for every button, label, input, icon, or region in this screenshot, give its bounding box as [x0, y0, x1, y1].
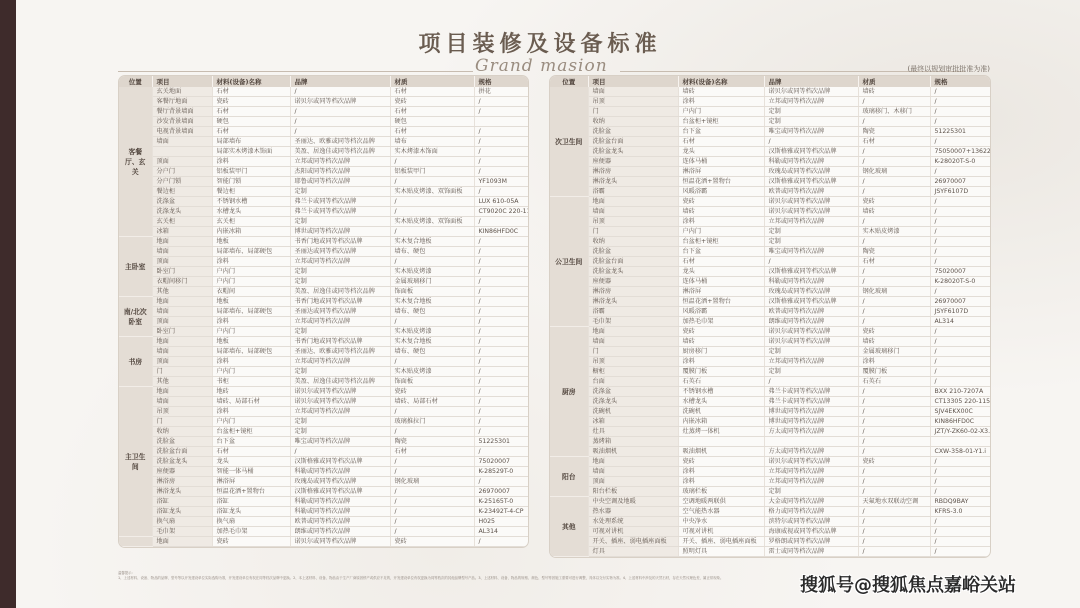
- table-cell: 卧室门: [152, 267, 212, 277]
- table-cell: /: [390, 227, 474, 237]
- table-row: 门户内门定制实木贴皮烤漆/: [550, 227, 991, 237]
- table-cell: 立邦或同等档次品牌: [290, 317, 390, 327]
- table-cell: 墙砖: [858, 207, 930, 217]
- table-cell: 涂料: [678, 357, 764, 367]
- table-cell: 陶瓷: [858, 247, 930, 257]
- table-cell: 雷士或同等档次品牌: [764, 547, 858, 557]
- column-header: 项目: [152, 76, 212, 87]
- table-cell: 硬包: [390, 117, 474, 127]
- table-row: 门户内门定制玻璃移门、木移门/: [550, 107, 991, 117]
- table-cell: KFRS-3.0: [930, 507, 991, 517]
- table-row: 吊顶涂料立邦或同等档次品牌//: [119, 407, 529, 417]
- table-cell: 卧室门: [152, 327, 212, 337]
- table-cell: 石材: [678, 257, 764, 267]
- table-cell: 地面: [588, 457, 678, 467]
- table-cell: 户内门: [678, 227, 764, 237]
- table-cell: /: [390, 497, 474, 507]
- table-row: 热水器空气能热水器格力或同等档次品牌/KFRS-3.0: [550, 507, 991, 517]
- table-cell: 书柜: [212, 377, 290, 387]
- table-cell: 石材: [858, 257, 930, 267]
- position-cell: 阳台: [550, 457, 588, 497]
- table-cell: 洗脸盆: [152, 437, 212, 447]
- table-cell: /: [930, 227, 991, 237]
- table-cell: 铝板装甲门: [390, 167, 474, 177]
- table-cell: 智能一体马桶: [212, 467, 290, 477]
- table-cell: 浴霸: [588, 187, 678, 197]
- table-cell: 饰面板: [390, 287, 474, 297]
- table-cell: 书香门地或同等档次品牌: [290, 297, 390, 307]
- table-cell: /: [390, 357, 474, 367]
- table-cell: 淋浴龙头: [152, 487, 212, 497]
- position-cell: 公卫生间: [550, 197, 588, 327]
- table-cell: /: [858, 217, 930, 227]
- table-row: 水处理系统中央净水滨特尔或同等档次品牌//: [550, 517, 991, 527]
- table-cell: KIN86HFD0C: [474, 227, 529, 237]
- table-cell: /: [858, 117, 930, 127]
- table-cell: 钢化玻璃: [390, 477, 474, 487]
- table-cell: 瓷砖: [858, 457, 930, 467]
- table-cell: /: [474, 297, 529, 307]
- table-cell: 定制: [290, 187, 390, 197]
- table-cell: 洗碗机: [588, 407, 678, 417]
- table-cell: /: [474, 447, 529, 457]
- table-cell: 水处理系统: [588, 517, 678, 527]
- table-row: 地面瓷砖诺贝尔或同等档次品牌瓷砖/: [119, 537, 529, 547]
- table-cell: /: [930, 237, 991, 247]
- table-cell: 可视对讲机: [678, 527, 764, 537]
- table-cell: 定制: [764, 487, 858, 497]
- table-row: 收纳台盆柜+镜柜定制//: [550, 117, 991, 127]
- right-spec-table: 位置项目材料(设备)名称品牌材质规格 次卫生间墙面墙砖诺贝尔或同等档次品牌墙砖/…: [549, 75, 991, 558]
- table-cell: 台下盆: [678, 127, 764, 137]
- table-cell: 玻璃移门、木移门: [858, 107, 930, 117]
- table-cell: /: [930, 107, 991, 117]
- table-row: 墙面涂料立邦或同等档次品牌//: [550, 467, 991, 477]
- table-row: 其他中央空调及地暖空调地暖两联供大金或同等档次品牌天氟地水双联动空调RBDQ9B…: [550, 497, 991, 507]
- table-row: 座便器智能一体马桶科勒或同等档次品牌/K-28529T-0: [119, 467, 529, 477]
- table-cell: 饰面板: [390, 377, 474, 387]
- table-cell: CT13305 220-1155: [930, 397, 991, 407]
- table-cell: 玄关柜: [212, 217, 290, 227]
- table-cell: 收纳: [152, 427, 212, 437]
- table-cell: 唯宝或同等档次品牌: [290, 437, 390, 447]
- table-cell: 风暖浴霸: [678, 187, 764, 197]
- table-cell: 台盆柜+镜柜: [212, 427, 290, 437]
- table-cell: /: [474, 377, 529, 387]
- table-cell: /: [858, 487, 930, 497]
- watermark: 搜狐号@搜狐焦点嘉峪关站: [800, 571, 1016, 597]
- table-cell: 其他: [152, 377, 212, 387]
- table-cell: 门: [152, 367, 212, 377]
- table-cell: 洗脸盆龙头: [588, 147, 678, 157]
- table-cell: 定制: [764, 117, 858, 127]
- table-cell: /: [930, 457, 991, 467]
- table-cell: K-23492T-4-CP: [474, 507, 529, 517]
- table-row: 南/北次卧室地面地板书香门地或同等档次品牌实木复合地板/: [119, 297, 529, 307]
- table-row: 可视对讲机可视对讲机海康威视或同等档次品牌//: [550, 527, 991, 537]
- table-cell: /: [930, 287, 991, 297]
- footnote-text: 1、上述材料、设备、物品的品牌、型号等以开发建设单位实际选购为准，开发建设单位有…: [118, 576, 818, 581]
- table-cell: 钢化玻璃: [858, 167, 930, 177]
- table-cell: 瓷砖: [212, 537, 290, 547]
- table-cell: [930, 437, 991, 447]
- table-cell: 定制: [290, 327, 390, 337]
- table-row: 墙面局部墙布、局部硬包圣丽达、欧雅或同等档次品牌墙布、硬包/: [119, 347, 529, 357]
- table-cell: 玫瑰岛或同等档次品牌: [290, 477, 390, 487]
- table-cell: 弗兰卡或同等档次品牌: [290, 207, 390, 217]
- table-cell: /: [930, 197, 991, 207]
- table-cell: K-28529T-0: [474, 467, 529, 477]
- table-cell: 立邦或同等档次品牌: [764, 97, 858, 107]
- table-row: 淋浴龙头恒温花洒+置物台汉斯格雅或同等档次品牌/26970007: [119, 487, 529, 497]
- table-cell: 汉斯格雅或同等档次品牌: [290, 457, 390, 467]
- table-cell: 陶瓷: [390, 437, 474, 447]
- table-cell: /: [390, 427, 474, 437]
- table-cell: 铝板装甲门: [212, 167, 290, 177]
- table-cell: 冰箱: [588, 417, 678, 427]
- table-row: 洗脸盆龙头龙头汉斯格雅或同等档次品牌/75020007: [550, 267, 991, 277]
- table-cell: 吸油烟机: [678, 447, 764, 457]
- table-cell: 定制: [764, 237, 858, 247]
- table-cell: 涂料: [858, 357, 930, 367]
- table-cell: 科勒或同等档次品牌: [764, 157, 858, 167]
- table-row: 厨房地面瓷砖诺贝尔或同等档次品牌瓷砖/: [550, 327, 991, 337]
- table-cell: /: [290, 117, 390, 127]
- table-cell: /: [930, 347, 991, 357]
- table-cell: 定制: [290, 417, 390, 427]
- table-cell: /: [858, 297, 930, 307]
- table-cell: 换气扇: [212, 517, 290, 527]
- table-cell: /: [930, 207, 991, 217]
- table-cell: /: [858, 437, 930, 447]
- table-cell: 滨特尔或同等档次品牌: [764, 517, 858, 527]
- table-cell: 博世或同等档次品牌: [764, 407, 858, 417]
- table-cell: 龙头: [212, 457, 290, 467]
- table-row: 门厨房移门定制金属玻璃移门/: [550, 347, 991, 357]
- table-cell: JSYF6107D: [930, 187, 991, 197]
- table-cell: 户内门: [212, 277, 290, 287]
- table-cell: /: [858, 147, 930, 157]
- table-cell: 诺贝尔或同等档次品牌: [764, 197, 858, 207]
- table-cell: 汉斯格雅或同等档次品牌: [764, 177, 858, 187]
- table-cell: /: [858, 427, 930, 437]
- table-cell: H025: [474, 517, 529, 527]
- table-cell: 不锈钢水槽: [678, 387, 764, 397]
- table-cell: 冰箱: [152, 227, 212, 237]
- table-cell: 淋浴屏: [678, 287, 764, 297]
- table-cell: 墙面: [152, 347, 212, 357]
- table-cell: 空气能热水器: [678, 507, 764, 517]
- table-cell: 耶鲁或同等档次品牌: [290, 177, 390, 187]
- table-cell: /: [858, 177, 930, 187]
- table-cell: 毛巾架: [588, 317, 678, 327]
- table-cell: 顶面: [152, 157, 212, 167]
- table-cell: /: [290, 107, 390, 117]
- table-cell: 玄关柜: [152, 217, 212, 227]
- table-cell: 墙面: [588, 87, 678, 97]
- table-cell: /: [474, 337, 529, 347]
- table-cell: /: [930, 247, 991, 257]
- table-cell: 实木贴皮烤漆: [858, 227, 930, 237]
- column-header: 材料(设备)名称: [678, 76, 764, 87]
- table-cell: CXW-358-01-Y1.i: [930, 447, 991, 457]
- table-cell: 实木复合地板: [390, 237, 474, 247]
- table-cell: 可视对讲机: [588, 527, 678, 537]
- table-cell: /: [858, 517, 930, 527]
- table-cell: 实木贴皮烤漆: [390, 267, 474, 277]
- table-row: 洗脸盆台面石材/石材/: [550, 257, 991, 267]
- table-cell: 石材: [390, 87, 474, 97]
- table-row: 洗涤盆不锈钢水槽弗兰卡或同等档次品牌/BXX 210-7207A: [550, 387, 991, 397]
- table-row: 衣帽间移门户内门定制金属玻璃移门/: [119, 277, 529, 287]
- table-cell: 台盆柜+镜柜: [678, 237, 764, 247]
- title-divider-left: [118, 71, 473, 72]
- table-cell: 定制: [290, 217, 390, 227]
- table-cell: 格力或同等档次品牌: [764, 507, 858, 517]
- table-cell: /: [764, 137, 858, 147]
- table-cell: 圣丽达或同等档次品牌: [290, 247, 390, 257]
- table-cell: 实木烤漆木饰面: [390, 147, 474, 157]
- table-cell: 开关、插座、弱电插座面板: [588, 537, 678, 547]
- table-cell: /: [930, 327, 991, 337]
- table-header: 位置项目材料(设备)名称品牌材质规格: [550, 76, 991, 87]
- table-cell: 26970007: [474, 487, 529, 497]
- table-cell: 门: [588, 347, 678, 357]
- table-cell: 墙砖: [678, 87, 764, 97]
- table-cell: 座便器: [152, 467, 212, 477]
- table-cell: 局部墙布、局部硬包: [212, 307, 290, 317]
- table-row: 换气扇换气扇欧普或同等档次品牌/H025: [119, 517, 529, 527]
- table-cell: 定制: [764, 227, 858, 237]
- table-cell: 地面: [152, 387, 212, 397]
- table-cell: /: [474, 127, 529, 137]
- table-cell: 墙砖、局部石材: [212, 397, 290, 407]
- table-cell: 实木复合地板: [390, 337, 474, 347]
- table-cell: [678, 437, 764, 447]
- table-cell: 客餐厅地面: [152, 97, 212, 107]
- table-cell: 吊顶: [588, 97, 678, 107]
- table-row: 玄关柜玄关柜定制实木贴皮烤漆、双饰面板/: [119, 217, 529, 227]
- table-cell: 51225301: [930, 127, 991, 137]
- table-cell: /: [858, 477, 930, 487]
- table-row: 墙面局部墙布、局部硬包圣丽达或同等档次品牌墙布、硬包/: [119, 247, 529, 257]
- table-row: 灯具照明灯具雷士或同等档次品牌//: [550, 547, 991, 557]
- table-cell: [152, 147, 212, 157]
- table-cell: 局部墙布、局部硬包: [212, 247, 290, 257]
- table-cell: 石英石: [858, 377, 930, 387]
- table-cell: /: [474, 187, 529, 197]
- table-cell: 墙面: [152, 247, 212, 257]
- table-cell: 吊顶: [588, 217, 678, 227]
- table-cell: 顶面: [152, 257, 212, 267]
- table-cell: 橱柜: [588, 367, 678, 377]
- table-cell: 淋浴龙头: [588, 177, 678, 187]
- table-cell: 墙面: [152, 307, 212, 317]
- table-cell: 书香门地或同等档次品牌: [290, 237, 390, 247]
- table-row: 主卧室地面地板书香门地或同等档次品牌实木复合地板/: [119, 237, 529, 247]
- table-cell: /: [290, 87, 390, 97]
- table-cell: 定制: [290, 277, 390, 287]
- table-cell: 金属玻璃移门: [390, 277, 474, 287]
- table-cell: /: [474, 367, 529, 377]
- table-cell: 开关、插座、弱电插座面板: [678, 537, 764, 547]
- table-cell: 欧普或同等档次品牌: [764, 307, 858, 317]
- table-cell: /: [930, 547, 991, 557]
- table-cell: 圣丽达、欧雅或同等档次品牌: [290, 137, 390, 147]
- table-row: 蒸烤箱/: [550, 437, 991, 447]
- table-row: 洗脸盆台下盆唯宝或同等档次品牌陶瓷51225301: [550, 127, 991, 137]
- table-cell: 浴缸龙头: [212, 507, 290, 517]
- table-cell: /: [858, 157, 930, 167]
- table-cell: 涂料: [678, 467, 764, 477]
- table-cell: /: [930, 537, 991, 547]
- table-cell: 定制: [764, 347, 858, 357]
- table-cell: 灶具: [588, 427, 678, 437]
- table-cell: 唯宝或同等档次品牌: [764, 247, 858, 257]
- table-cell: /: [858, 467, 930, 477]
- table-cell: 加热毛巾架: [212, 527, 290, 537]
- table-cell: /: [858, 407, 930, 417]
- table-row: 开关、插座、弱电插座面板开关、插座、弱电插座面板罗格朗或同等档次品牌//: [550, 537, 991, 547]
- position-cell: 南/北次卧室: [119, 297, 152, 337]
- table-row: 浴霸风暖浴霸欧普或同等档次品牌/JSYF6107D: [550, 307, 991, 317]
- table-row: 淋浴房淋浴屏玫瑰岛或同等档次品牌钢化玻璃/: [550, 287, 991, 297]
- position-cell: 厨房: [550, 327, 588, 457]
- table-cell: /: [474, 247, 529, 257]
- table-cell: 洗脸盆: [588, 247, 678, 257]
- table-row: 座便器连体马桶科勒或同等档次品牌/K-28020T-S-0: [550, 277, 991, 287]
- table-cell: /: [858, 187, 930, 197]
- table-row: 橱柜覆膜门板定制覆膜门板/: [550, 367, 991, 377]
- table-cell: 立邦或同等档次品牌: [764, 477, 858, 487]
- table-cell: 收纳: [588, 117, 678, 127]
- table-cell: /: [930, 357, 991, 367]
- table-cell: 罗格朗或同等档次品牌: [764, 537, 858, 547]
- table-cell: 石材: [678, 137, 764, 147]
- table-cell: 玻璃推拉门: [390, 417, 474, 427]
- table-cell: 美盈、居逸佳或同等档次品牌: [290, 287, 390, 297]
- table-cell: 科勒或同等档次品牌: [290, 467, 390, 477]
- table-cell: /: [390, 177, 474, 187]
- column-header: 材质: [858, 76, 930, 87]
- table-cell: 定制: [290, 267, 390, 277]
- column-header: 位置: [119, 76, 152, 87]
- table-row: 卧室门户内门定制实木贴皮烤漆/: [119, 267, 529, 277]
- table-cell: 淋浴屏: [678, 167, 764, 177]
- table-cell: 恒温花洒+置物台: [678, 297, 764, 307]
- table-cell: 分户门锁: [152, 177, 212, 187]
- table-cell: 地面: [152, 237, 212, 247]
- table-cell: /: [858, 447, 930, 457]
- table-cell: 弗兰卡或同等档次品牌: [764, 397, 858, 407]
- table-cell: 台盆柜+镜柜: [678, 117, 764, 127]
- table-cell: 洗脸盆龙头: [588, 267, 678, 277]
- table-cell: JSYF6107D: [930, 307, 991, 317]
- table-cell: 不锈钢水槽: [212, 197, 290, 207]
- table-cell: /: [474, 387, 529, 397]
- table-cell: /: [474, 147, 529, 157]
- table-cell: /: [858, 317, 930, 327]
- table-cell: 墙砖: [858, 337, 930, 347]
- table-row: 收纳台盆柜+镜柜定制//: [119, 427, 529, 437]
- table-cell: 玫瑰岛或同等档次品牌: [764, 167, 858, 177]
- table-cell: /: [858, 507, 930, 517]
- table-cell: 洗涤龙头: [152, 207, 212, 217]
- table-cell: 诺贝尔或同等档次品牌: [764, 87, 858, 97]
- table-cell: K-25165T-0: [474, 497, 529, 507]
- table-cell: 汉斯格雅或同等档次品牌: [764, 267, 858, 277]
- table-cell: 台下盆: [212, 437, 290, 447]
- table-cell: 立邦或同等档次品牌: [764, 217, 858, 227]
- table-cell: 恒温花洒+置物台: [212, 487, 290, 497]
- table-cell: 朗维或同等档次品牌: [290, 527, 390, 537]
- table-cell: /: [930, 87, 991, 97]
- table-cell: 陶瓷: [858, 127, 930, 137]
- table-cell: 灶蒸烤一体机: [678, 427, 764, 437]
- table-cell: 51225301: [474, 437, 529, 447]
- column-header: 位置: [550, 76, 588, 87]
- table-cell: /: [290, 447, 390, 457]
- table-cell: 立邦或同等档次品牌: [290, 407, 390, 417]
- table-cell: /: [474, 397, 529, 407]
- table-cell: 唯宝或同等档次品牌: [764, 127, 858, 137]
- table-cell: 75050007+13622187: [930, 147, 991, 157]
- table-row: 顶面涂料立邦或同等档次品牌//: [119, 257, 529, 267]
- table-row: 卧室门户内门定制实木贴皮烤漆/: [119, 327, 529, 337]
- table-cell: K-28020T-S-0: [930, 157, 991, 167]
- table-cell: /: [390, 467, 474, 477]
- table-cell: 诺贝尔或同等档次品牌: [290, 397, 390, 407]
- table-cell: 洗脸盆台面: [152, 447, 212, 457]
- table-cell: 瓷砖: [390, 387, 474, 397]
- left-spec-table: 位置项目材料(设备)名称品牌材质规格 客餐厅、玄关玄关地面石材/石材拼花客餐厅地…: [118, 75, 529, 548]
- table-cell: 墙面: [588, 467, 678, 477]
- table-cell: RBDQ9BAY: [930, 497, 991, 507]
- table-cell: 石材: [390, 107, 474, 117]
- table-cell: /: [474, 277, 529, 287]
- table-cell: /: [930, 217, 991, 227]
- table-row: 墙面局部墙布、局部硬包圣丽达或同等档次品牌墙布、硬包/: [119, 307, 529, 317]
- table-cell: 博世或同等档次品牌: [290, 227, 390, 237]
- table-cell: /: [474, 217, 529, 227]
- table-cell: 龙头: [678, 147, 764, 157]
- table-cell: 户内门: [212, 327, 290, 337]
- table-row: 其他书柜美盈、居逸佳或同等档次品牌饰面板/: [119, 377, 529, 387]
- table-cell: 汉斯格雅或同等档次品牌: [764, 297, 858, 307]
- table-cell: [474, 117, 529, 127]
- table-cell: BXX 210-7207A: [930, 387, 991, 397]
- table-cell: /: [858, 267, 930, 277]
- table-cell: CT9020C 220-1194: [474, 207, 529, 217]
- table-cell: 瓷砖: [390, 97, 474, 107]
- table-cell: /: [390, 487, 474, 497]
- table-cell: 水槽龙头: [678, 397, 764, 407]
- table-cell: 墙面: [588, 337, 678, 347]
- table-cell: /: [390, 507, 474, 517]
- table-row: 局部实木烤漆木饰面美盈、居逸佳或同等档次品牌实木烤漆木饰面/: [119, 147, 529, 157]
- table-row: 顶面涂料立邦或同等档次品牌//: [119, 157, 529, 167]
- table-cell: 水槽龙头: [212, 207, 290, 217]
- table-cell: 石材: [212, 447, 290, 457]
- table-cell: 墙砖: [678, 337, 764, 347]
- table-cell: 门: [588, 227, 678, 237]
- table-cell: 墙砖: [678, 207, 764, 217]
- column-header: 材料(设备)名称: [212, 76, 290, 87]
- table-cell: 洗脸盆龙头: [152, 457, 212, 467]
- table-cell: /: [474, 477, 529, 487]
- table-cell: 台面: [588, 377, 678, 387]
- table-cell: /: [474, 407, 529, 417]
